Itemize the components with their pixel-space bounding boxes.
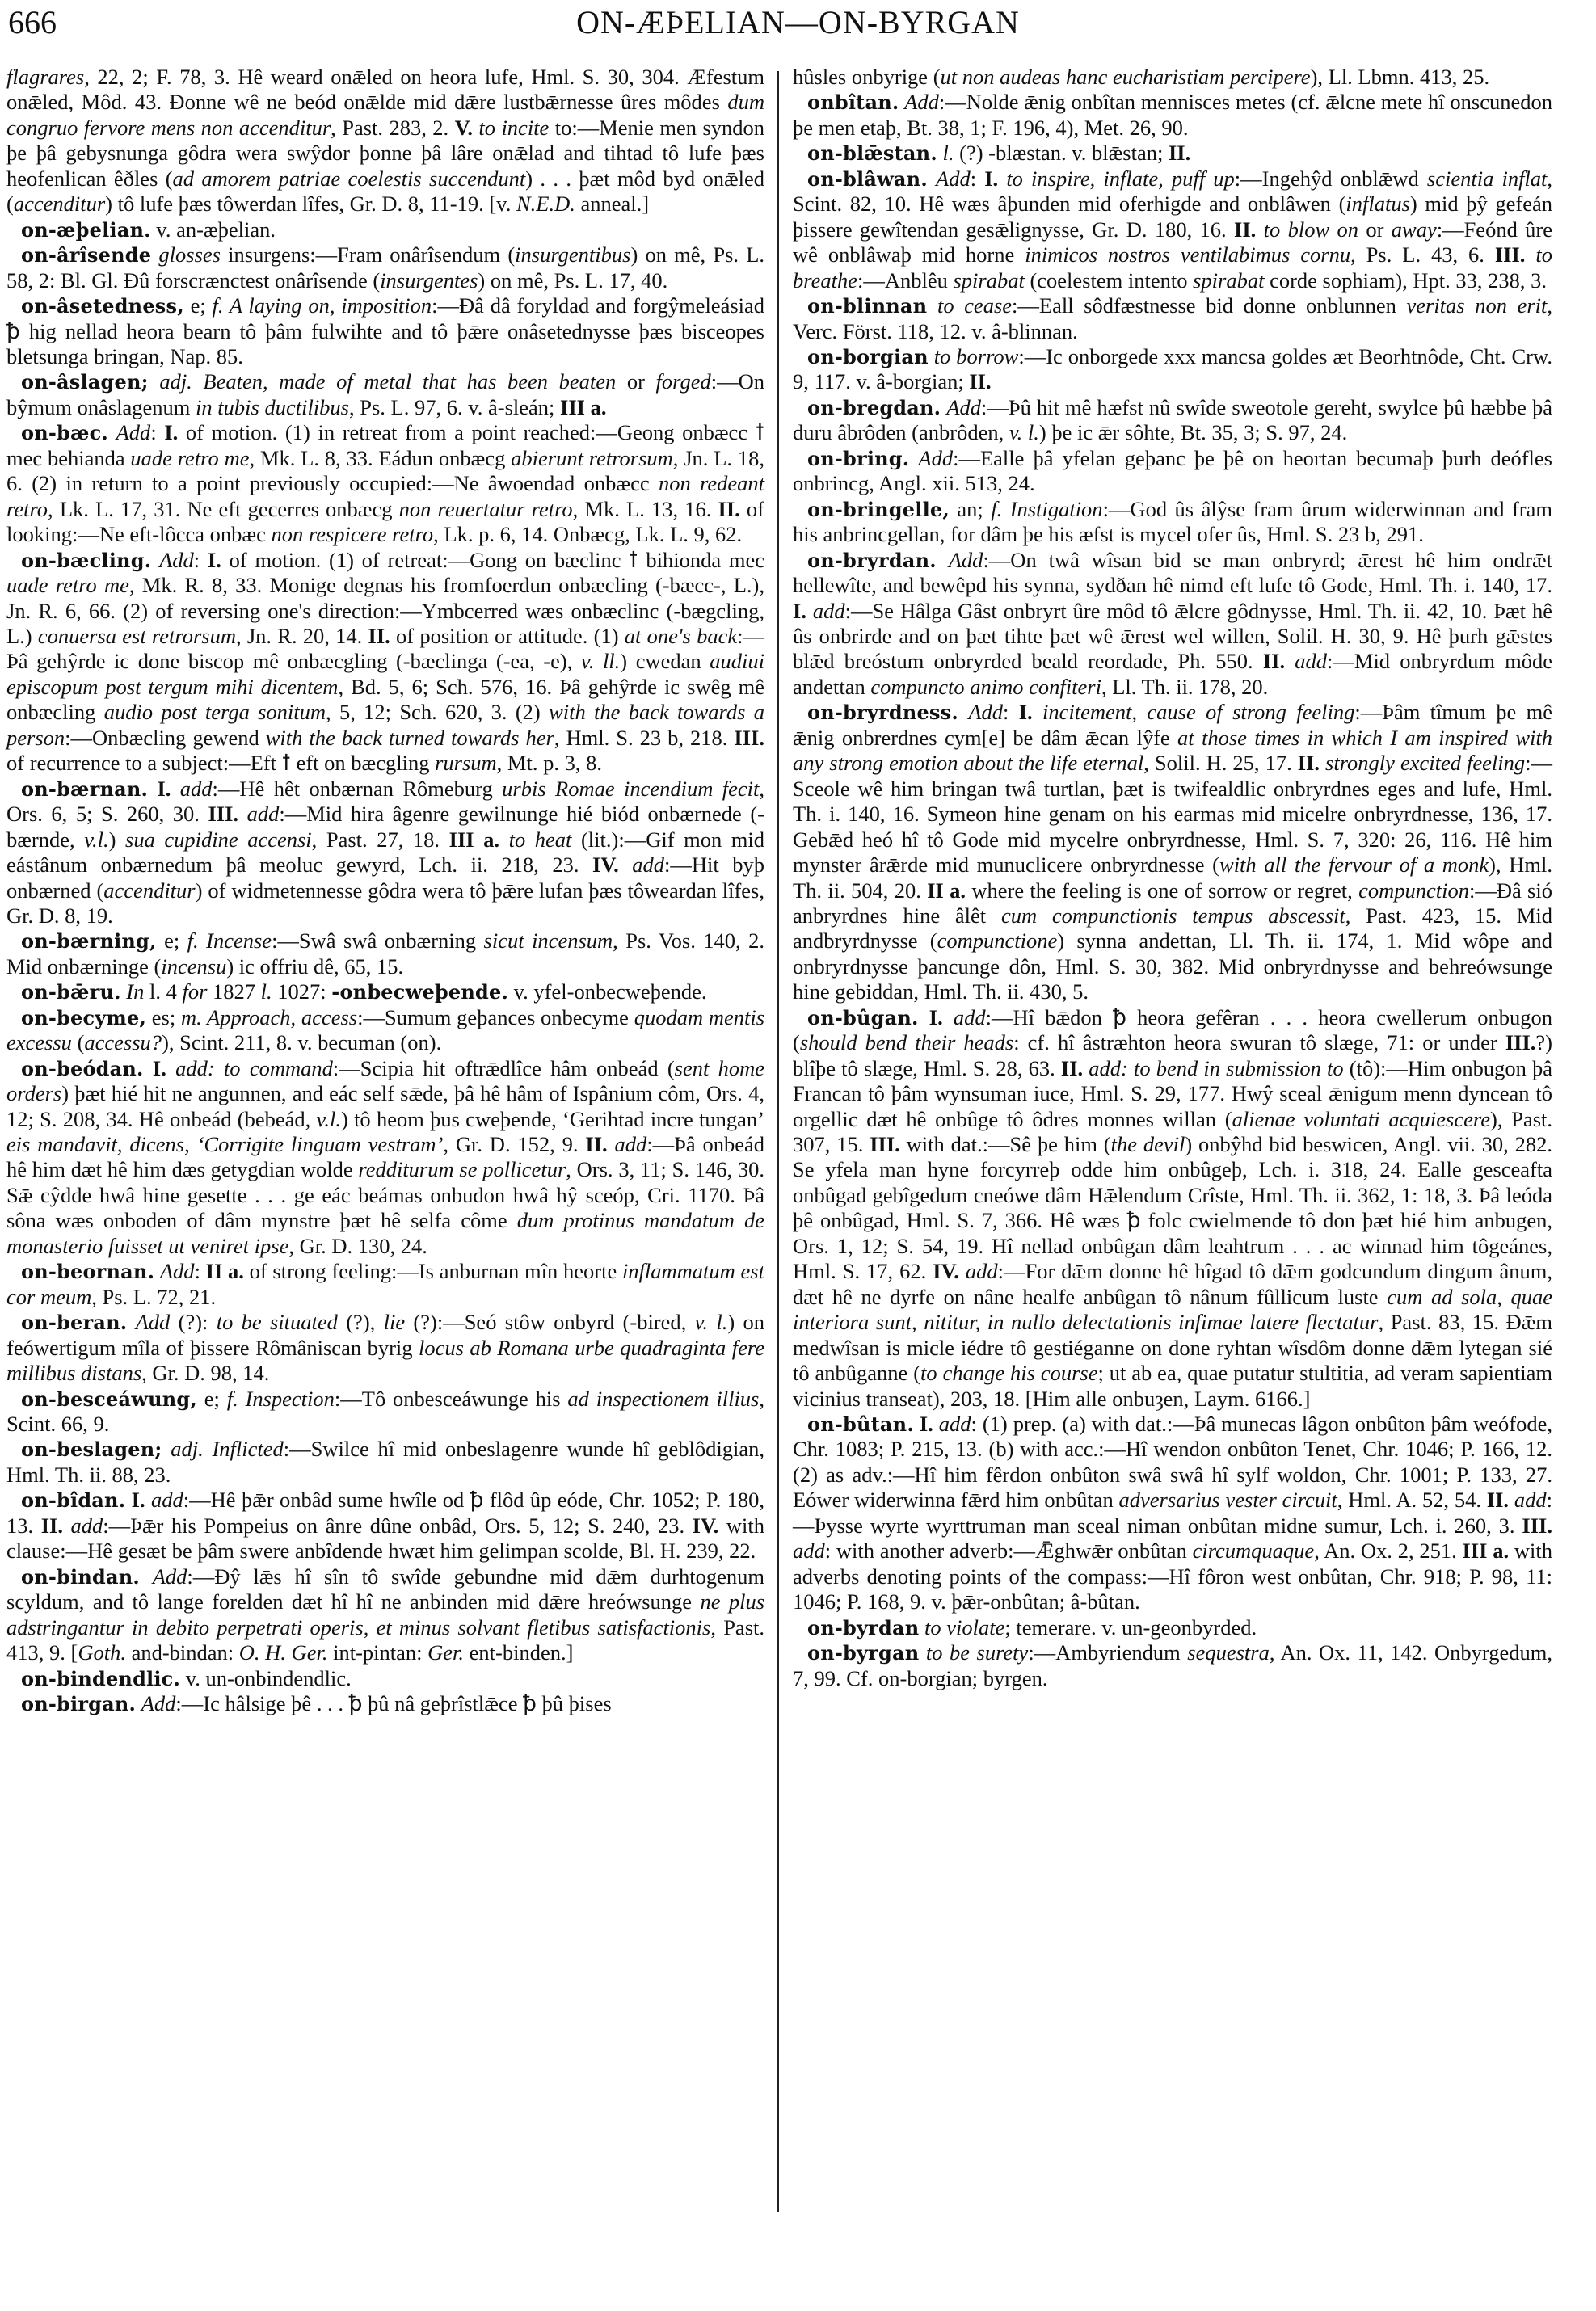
entry-text: for bbox=[182, 979, 207, 1004]
entry-text: III. bbox=[208, 802, 238, 826]
headword: on-bæcling. bbox=[21, 549, 151, 572]
entry-text: e; bbox=[157, 928, 187, 953]
entry-text: sua cupidine accensi bbox=[125, 827, 312, 852]
entry-text: compunctione bbox=[937, 928, 1058, 953]
headword: on-bærning, bbox=[21, 929, 157, 953]
headword: on-borgian bbox=[807, 345, 929, 368]
entry-text: compunction bbox=[1358, 878, 1469, 903]
dictionary-entry: on-bîdan. I. add:—Hê þǣr onbâd sume hwîl… bbox=[6, 1488, 764, 1564]
entry-text: :—Þǣr his Pompeius on ânre dûne onbâd, O… bbox=[103, 1513, 692, 1538]
entry-text: accenditur bbox=[103, 878, 195, 903]
entry-text: add bbox=[954, 1005, 986, 1029]
dictionary-entry: hûsles onbyrige (ut non audeas hanc euch… bbox=[793, 65, 1552, 90]
entry-text: to borrow bbox=[934, 344, 1019, 368]
entry-text: ad inspectionem illius bbox=[567, 1387, 759, 1411]
entry-text: inimicos nostros ventilabimus cornu bbox=[1025, 242, 1350, 267]
entry-text: IV. bbox=[933, 1259, 959, 1283]
headword: on-beódan. bbox=[21, 1057, 144, 1080]
entry-text: , Gr. D. 130, 24. bbox=[288, 1234, 427, 1258]
entry-text: uade retro me bbox=[130, 446, 249, 470]
entry-text: II a. bbox=[206, 1259, 244, 1283]
entry-text: uade retro me bbox=[6, 573, 129, 597]
entry-text: (?):—Seó stôw onbyrd (-bired, bbox=[405, 1310, 695, 1334]
entry-text: compuncto animo confiteri bbox=[870, 675, 1101, 699]
entry-text: add bbox=[939, 1412, 971, 1436]
entry-text bbox=[927, 293, 937, 318]
entry-text: III a. bbox=[1463, 1539, 1510, 1563]
dictionary-entry: on-âsetedness, e; f. A laying on, imposi… bbox=[6, 293, 764, 369]
entry-text: an; bbox=[950, 497, 991, 521]
dictionary-entry: on-beódan. I. add: to command:—Scipia hi… bbox=[6, 1056, 764, 1260]
entry-text: add bbox=[966, 1259, 998, 1283]
entry-text: Add bbox=[159, 548, 194, 572]
entry-text: II. bbox=[368, 624, 390, 648]
entry-text: lie bbox=[384, 1310, 406, 1334]
dictionary-entry: on-beslagen; adj. Inflicted:—Swilce hî m… bbox=[6, 1437, 764, 1488]
entry-text: III. bbox=[1522, 1513, 1552, 1538]
entry-text: II. bbox=[969, 369, 991, 394]
entry-text: adj. Beaten, made of metal that has been… bbox=[159, 369, 616, 394]
entry-text: add bbox=[247, 802, 280, 826]
dictionary-entry: on-blǣstan. l. (?) -blæstan. v. blǣstan;… bbox=[793, 141, 1552, 166]
dictionary-entry: on-byrgan to be surety:—Ambyriendum sequ… bbox=[793, 1640, 1552, 1691]
entry-text: , Solil. H. 25, 17. bbox=[1143, 751, 1298, 775]
headword: on-beran. bbox=[21, 1311, 127, 1334]
entry-text bbox=[148, 777, 157, 801]
entry-text bbox=[136, 1691, 141, 1715]
entry-text bbox=[63, 1513, 71, 1538]
headword: -onbecweþende. bbox=[331, 980, 508, 1004]
entry-text bbox=[928, 166, 936, 191]
entry-text: I. bbox=[929, 1005, 943, 1029]
entry-text: III. bbox=[870, 1132, 900, 1156]
entry-text bbox=[238, 802, 247, 826]
entry-text: Add bbox=[946, 395, 981, 419]
entry-text: spirabat bbox=[1193, 268, 1264, 293]
entry-text bbox=[154, 1259, 160, 1283]
entry-text bbox=[943, 1005, 954, 1029]
entry-text bbox=[937, 548, 949, 572]
entry-text: to heat bbox=[509, 827, 572, 852]
entry-text: , Gr. D. 152, 9. bbox=[443, 1132, 585, 1156]
entry-text: insurgens:—Fram onârîsendum ( bbox=[221, 242, 515, 267]
entry-text: III a. bbox=[560, 395, 606, 419]
entry-text: :—Ambyriendum bbox=[1028, 1640, 1187, 1665]
entry-text: f. Inspection bbox=[227, 1387, 335, 1411]
entry-text: II a. bbox=[927, 878, 966, 903]
entry-text: II. bbox=[1298, 751, 1320, 775]
entry-text: ; temerare. v. un-geonbyrded. bbox=[1004, 1615, 1257, 1640]
headword: on-bærnan. bbox=[21, 777, 148, 801]
entry-text: add bbox=[632, 852, 664, 877]
entry-text: : bbox=[1003, 700, 1019, 724]
entry-text bbox=[919, 1615, 924, 1640]
entry-text bbox=[806, 599, 813, 623]
entry-text: to incite bbox=[478, 116, 549, 140]
entry-text: , Ll. Th. ii. 178, 20. bbox=[1101, 675, 1268, 699]
entry-text: II. bbox=[1487, 1488, 1509, 1512]
entry-text: :—Sumum geþances onbecyme bbox=[357, 1005, 634, 1029]
entry-text: :—Ic hâlsige þê . . . ꝥ þû nâ geþrîstlǣc… bbox=[175, 1691, 611, 1715]
entry-text: ent-binden.] bbox=[464, 1640, 573, 1665]
entry-text: ad amorem patriae coelestis succendunt bbox=[173, 166, 526, 191]
entry-text: I. bbox=[164, 420, 178, 444]
entry-text: I. bbox=[920, 1412, 933, 1436]
entry-text: away bbox=[1392, 217, 1437, 242]
entry-text: V. bbox=[455, 116, 473, 140]
entry-text: (?): bbox=[170, 1310, 216, 1334]
entry-text: conuersa est retrorsum bbox=[38, 624, 236, 648]
entry-text: with the back turned towards her bbox=[266, 726, 554, 750]
entry-text: v. ll. bbox=[581, 649, 620, 673]
entry-text: , Gr. D. 98, 14. bbox=[141, 1361, 269, 1385]
entry-text: IV. bbox=[592, 852, 619, 877]
entry-text: :—Onbæcling gewend bbox=[65, 726, 266, 750]
entry-text: strongly excited feeling bbox=[1325, 751, 1525, 775]
dictionary-entry: on-bindan. Add:—Đŷ lǣs hî sîn tô swîde g… bbox=[6, 1564, 764, 1666]
entry-text: II. bbox=[1234, 217, 1256, 242]
entry-text: anneal.] bbox=[575, 192, 649, 216]
entry-text: ), Ll. Lbmn. 413, 25. bbox=[1311, 65, 1490, 89]
headword: on-blinnan bbox=[807, 294, 927, 318]
entry-text: f. A laying on, imposition bbox=[213, 293, 432, 318]
entry-text: : bbox=[150, 420, 164, 444]
entry-text: Add bbox=[936, 166, 971, 191]
entry-text: to blow on bbox=[1264, 217, 1358, 242]
dictionary-entry: on-ârîsende glosses insurgens:—Fram onâr… bbox=[6, 242, 764, 293]
entry-text: of motion. (1) of retreat:—Gong on bæcli… bbox=[221, 548, 764, 572]
entry-text bbox=[1320, 751, 1325, 775]
entry-text: to cease bbox=[937, 293, 1012, 318]
entry-text bbox=[933, 1412, 939, 1436]
entry-text: forged bbox=[656, 369, 711, 394]
entry-text bbox=[1509, 1488, 1514, 1512]
entry-text bbox=[998, 166, 1006, 191]
headword: on-âslagen; bbox=[21, 370, 149, 394]
entry-text: v.l. bbox=[84, 827, 108, 852]
entry-text bbox=[1285, 649, 1295, 673]
entry-text bbox=[1256, 217, 1263, 242]
entry-text: , An. Ox. 2, 251. bbox=[1314, 1539, 1462, 1563]
entry-text: glosses bbox=[158, 242, 221, 267]
entry-text bbox=[608, 1132, 615, 1156]
entry-text: f. Instigation bbox=[991, 497, 1102, 521]
entry-text: adj. Inflicted bbox=[171, 1437, 284, 1461]
entry-text: add bbox=[1295, 649, 1327, 673]
entry-text: add bbox=[151, 1488, 183, 1512]
entry-text: I. bbox=[984, 166, 998, 191]
entry-text: sicut incensum bbox=[484, 928, 613, 953]
column-divider bbox=[777, 71, 779, 2212]
entry-text: I. bbox=[793, 599, 806, 623]
entry-text: N.E.D. bbox=[516, 192, 575, 216]
entry-text: : bbox=[194, 548, 208, 572]
entry-text: non reuertatur retro bbox=[399, 497, 573, 521]
entry-text: flagrares bbox=[6, 65, 84, 89]
entry-text: :—Ingehŷd onblǣwd bbox=[1235, 166, 1427, 191]
dictionary-entry: on-borgian to borrow:—Ic onborgede xxx m… bbox=[793, 344, 1552, 395]
headword: on-bæc. bbox=[21, 421, 108, 444]
entry-text: v. an-æþelian. bbox=[151, 217, 276, 242]
entry-text: 1827 bbox=[207, 979, 260, 1004]
entry-text: insurgentibus bbox=[515, 242, 630, 267]
entry-text bbox=[127, 1310, 135, 1334]
entry-text: Add bbox=[153, 1564, 187, 1589]
entry-text: urbis Romae incendium fecit bbox=[502, 777, 759, 801]
entry-text: Add bbox=[904, 90, 939, 114]
entry-text: III. bbox=[1495, 242, 1526, 267]
entry-text bbox=[619, 852, 633, 877]
entry-text: :—Anblêu bbox=[857, 268, 954, 293]
entry-text: III a. bbox=[449, 827, 499, 852]
entry-text: v. un-onbindendlic. bbox=[180, 1666, 352, 1690]
entry-text: scientia inflat bbox=[1427, 166, 1548, 191]
entry-text: e; bbox=[197, 1387, 227, 1411]
entry-text: Add bbox=[949, 548, 983, 572]
dictionary-entry: on-blinnan to cease:—Eall sôdfæstnesse b… bbox=[793, 293, 1552, 344]
entry-text: , Mk. L. 8, 33. Eádun onbæcg bbox=[249, 446, 511, 470]
entry-text bbox=[144, 1056, 153, 1080]
headword: on-blâwan. bbox=[807, 167, 928, 191]
entry-text: : with another adverb:—Ǣghwǣr onbûtan bbox=[825, 1539, 1193, 1563]
entry-text: : cf. hî âstræhton heora swuran tô slæge… bbox=[1013, 1030, 1505, 1054]
entry-text: , Hml. S. 23 b, 218. bbox=[554, 726, 735, 750]
right-column: hûsles onbyrige (ut non audeas hanc euch… bbox=[793, 65, 1552, 1691]
entry-text: v.l. bbox=[317, 1107, 341, 1131]
dictionary-entry: on-beornan. Add: II a. of strong feeling… bbox=[6, 1259, 764, 1310]
entry-text: I. bbox=[153, 1056, 166, 1080]
entry-text bbox=[958, 700, 968, 724]
entry-text: accenditur bbox=[14, 192, 105, 216]
dictionary-entry: on-bregdan. Add:—Þû hit mê hæfst nû swîd… bbox=[793, 395, 1552, 446]
dictionary-entry: on-bringelle, an; f. Instigation:—God ûs… bbox=[793, 497, 1552, 548]
headword: on-bûtan. bbox=[807, 1412, 914, 1436]
entry-text: , Past. 27, 18. bbox=[312, 827, 449, 852]
entry-text: , Past. 283, 2. bbox=[331, 116, 454, 140]
running-title: ON-ÆÞELIAN—ON-BYRGAN bbox=[0, 3, 1596, 41]
headword: on-bryrdness. bbox=[807, 701, 958, 724]
entry-text: abierunt retrorsum bbox=[511, 446, 673, 470]
dictionary-entry: on-beran. Add (?): to be situated (?), l… bbox=[6, 1310, 764, 1386]
entry-text: II. bbox=[1263, 649, 1285, 673]
headword: on-bîdan. bbox=[21, 1488, 125, 1512]
entry-text: , Ps. L. 72, 21. bbox=[91, 1285, 216, 1309]
entry-text: f. Incense bbox=[187, 928, 272, 953]
entry-text: : bbox=[195, 1259, 206, 1283]
entry-text: II. bbox=[718, 497, 740, 521]
entry-text: incitement, cause of strong feeling bbox=[1042, 700, 1354, 724]
entry-text: spirabat bbox=[953, 268, 1024, 293]
entry-text: ), Scint. 211, 8. v. becuman (on). bbox=[162, 1030, 441, 1054]
left-column: flagrares, 22, 2; F. 78, 3. Hê weard onǣ… bbox=[6, 65, 764, 1716]
entry-text: , Hml. A. 52, 54. bbox=[1337, 1488, 1487, 1512]
entry-text: of strong feeling:—Is anburnan mîn heort… bbox=[244, 1259, 622, 1283]
entry-text: Ger. bbox=[427, 1640, 464, 1665]
entry-text: of recurrence to a subject:—Eft ꝉ eft on… bbox=[6, 751, 435, 775]
dictionary-entry: on-becyme, es; m. Approach, access:—Sumu… bbox=[6, 1005, 764, 1056]
entry-text: , Mt. p. 3, 8. bbox=[497, 751, 602, 775]
dictionary-entry: on-bindendlic. v. un-onbindendlic. bbox=[6, 1666, 764, 1691]
entry-text: ) cwedan bbox=[620, 649, 710, 673]
dictionary-entry: on-birgan. Add:—Ic hâlsige þê . . . ꝥ þû… bbox=[6, 1691, 764, 1716]
entry-text: :—Swâ swâ onbærning bbox=[272, 928, 483, 953]
entry-text: in tubis ductilibus bbox=[196, 395, 349, 419]
entry-text: m. Approach, access bbox=[181, 1005, 357, 1029]
dictionary-entry: on-besceáwung, e; f. Inspection:—Tô onbe… bbox=[6, 1387, 764, 1438]
entry-text: add bbox=[813, 599, 845, 623]
entry-text: Add bbox=[116, 420, 151, 444]
entry-text: ) tô heom þus cweþende, ‘Gerihtad incre … bbox=[341, 1107, 764, 1131]
entry-text: ) bbox=[109, 827, 125, 852]
entry-text bbox=[959, 1259, 966, 1283]
dictionary-entry: on-bærnan. I. add:—Hê hêt onbærnan Rômeb… bbox=[6, 777, 764, 929]
entry-text: , 22, 2; F. 78, 3. Hê weard onǣled on he… bbox=[6, 65, 764, 114]
headword: on-bindan. bbox=[21, 1565, 140, 1589]
dictionary-entry: on-bûgan. I. add:—Hî bǣdon ꝥ heora gefêr… bbox=[793, 1005, 1552, 1412]
entry-text: to change his course bbox=[920, 1361, 1097, 1385]
entry-text: add bbox=[615, 1132, 647, 1156]
entry-text: :—Hê hêt onbærnan Rômeburg bbox=[213, 777, 503, 801]
entry-text: redditurum se pollicetur bbox=[358, 1157, 566, 1181]
entry-text: veritas non erit bbox=[1406, 293, 1547, 318]
dictionary-entry: on-bryrdness. Add: I. incitement, cause … bbox=[793, 700, 1552, 1004]
headword: on-bregdan. bbox=[807, 396, 941, 419]
entry-text: Add bbox=[160, 1259, 195, 1283]
entry-text: II. bbox=[585, 1132, 607, 1156]
entry-text: add bbox=[180, 777, 213, 801]
entry-text: III. bbox=[1505, 1030, 1536, 1054]
entry-text: es; bbox=[146, 1005, 181, 1029]
entry-text: I. bbox=[157, 777, 171, 801]
entry-text bbox=[1525, 242, 1535, 267]
entry-text: or bbox=[616, 369, 655, 394]
headword: on-æþelian. bbox=[21, 218, 151, 242]
entry-text: :—Scipia hit oftrǣdlîce hâm onbeád ( bbox=[333, 1056, 675, 1080]
dictionary-entry: on-bryrdan. Add:—On twâ wîsan bid se man… bbox=[793, 548, 1552, 701]
entry-text: add bbox=[1514, 1488, 1547, 1512]
headword: on-ârîsende bbox=[21, 243, 151, 267]
entry-text: ) on mê, Ps. L. 17, 40. bbox=[478, 268, 667, 293]
entry-text: :—Tô onbesceáwunge his bbox=[335, 1387, 567, 1411]
entry-text: Goth. bbox=[78, 1640, 126, 1665]
dictionary-entry: on-bærning, e; f. Incense:—Swâ swâ onbær… bbox=[6, 928, 764, 979]
entry-text: I. bbox=[132, 1488, 145, 1512]
entry-text: int-pintan: bbox=[327, 1640, 427, 1665]
dictionary-entry: on-bring. Add:—Ealle þâ yfelan geþanc þe… bbox=[793, 446, 1552, 497]
entry-text: IV. bbox=[693, 1513, 719, 1538]
entry-text: O. H. Ger. bbox=[239, 1640, 328, 1665]
dictionary-entry: on-bǣru. In l. 4 for 1827 l. 1027: -onbe… bbox=[6, 979, 764, 1004]
entry-text: : bbox=[971, 166, 985, 191]
entry-text: Add bbox=[141, 1691, 176, 1715]
entry-text: (?), bbox=[338, 1310, 384, 1334]
entry-text: , Ps. L. 97, 6. v. â-sleán; bbox=[349, 395, 560, 419]
headword: on-byrdan bbox=[807, 1616, 919, 1640]
entry-text: the devil bbox=[1111, 1132, 1185, 1156]
entry-text: or bbox=[1358, 217, 1392, 242]
dictionary-entry: on-bæc. Add: I. of motion. (1) in retrea… bbox=[6, 420, 764, 547]
headword: on-beornan. bbox=[21, 1260, 154, 1283]
entry-text: Add bbox=[136, 1310, 171, 1334]
entry-text: , Mk. L. 13, 16. bbox=[573, 497, 718, 521]
dictionary-entry: onbîtan. Add:—Nolde ǣnig onbîtan mennisc… bbox=[793, 90, 1552, 141]
entry-text: , Lk. L. 17, 31. Ne eft gecerres onbæcg bbox=[48, 497, 399, 521]
entry-text: add: to command bbox=[175, 1056, 333, 1080]
entry-text bbox=[919, 1005, 929, 1029]
headword: on-beslagen; bbox=[21, 1438, 162, 1461]
entry-text: I. bbox=[208, 548, 221, 572]
entry-text: corde sophiam), Hpt. 33, 238, 3. bbox=[1264, 268, 1547, 293]
entry-text: v. l. bbox=[1009, 420, 1039, 444]
headword: on-byrgan bbox=[807, 1641, 919, 1665]
entry-text: II. bbox=[1061, 1056, 1083, 1080]
entry-text: insurgentes bbox=[380, 268, 478, 293]
dictionary-entry: on-blâwan. Add: I. to inspire, inflate, … bbox=[793, 166, 1552, 293]
entry-text bbox=[1033, 700, 1042, 724]
dictionary-entry: on-bæcling. Add: I. of motion. (1) of re… bbox=[6, 548, 764, 777]
entry-text: , Lk. p. 6, 14. Onbæcg, Lk. L. 9, 62. bbox=[433, 522, 742, 546]
headword: on-bûgan. bbox=[807, 1006, 919, 1029]
entry-text: l. bbox=[261, 979, 272, 1004]
entry-text: e; bbox=[184, 293, 213, 318]
entry-text: , 5, 12; Sch. 620, 3. (2) bbox=[326, 700, 549, 724]
entry-text: l. bbox=[943, 141, 954, 165]
entry-text: circumquaque bbox=[1193, 1539, 1315, 1563]
entry-text: ) tô lufe þæs tôwerdan lîfes, Gr. D. 8, … bbox=[105, 192, 516, 216]
entry-text: (coelestem intento bbox=[1025, 268, 1193, 293]
headword: on-birgan. bbox=[21, 1692, 136, 1715]
entry-text: rursum bbox=[435, 751, 497, 775]
entry-text: Add bbox=[918, 446, 953, 470]
headword: onbîtan. bbox=[807, 91, 899, 114]
entry-text: 1027: bbox=[272, 979, 332, 1004]
entry-text: eis mandavit, dicens, ‘Corrigite linguam… bbox=[6, 1132, 443, 1156]
entry-text: , Jn. R. 20, 14. bbox=[236, 624, 368, 648]
dictionary-entry: flagrares, 22, 2; F. 78, 3. Hê weard onǣ… bbox=[6, 65, 764, 217]
entry-text: In bbox=[126, 979, 144, 1004]
entry-text: and-bindan: bbox=[126, 1640, 239, 1665]
entry-text: ( bbox=[72, 1030, 84, 1054]
headword: on-besceáwung, bbox=[21, 1387, 197, 1411]
entry-text: add bbox=[793, 1539, 825, 1563]
entry-text: to inspire, inflate, puff up bbox=[1006, 166, 1234, 191]
entry-text bbox=[166, 1056, 175, 1080]
entry-text bbox=[149, 369, 160, 394]
entry-text: II. bbox=[1169, 141, 1190, 165]
entry-text: should bend their heads bbox=[800, 1030, 1013, 1054]
headword: on-bryrdan. bbox=[807, 549, 937, 572]
headword: on-bǣru. bbox=[21, 980, 121, 1004]
headword: on-becyme, bbox=[21, 1006, 146, 1029]
entry-text: inflatus bbox=[1345, 192, 1410, 216]
entry-text bbox=[151, 548, 159, 572]
entry-text bbox=[937, 141, 943, 165]
entry-text: where the feeling is one of sorrow or re… bbox=[966, 878, 1358, 903]
entry-text: cum compunctionis tempus abscessit bbox=[1001, 903, 1345, 928]
entry-text: with all the fervour of a monk bbox=[1219, 852, 1489, 877]
entry-text: Add bbox=[968, 700, 1003, 724]
dictionary-entry: on-æþelian. v. an-æþelian. bbox=[6, 217, 764, 242]
entry-text: with dat.:—Sê þe him ( bbox=[900, 1132, 1111, 1156]
entry-text: add: to bend in submission to bbox=[1089, 1056, 1343, 1080]
headword: on-âsetedness, bbox=[21, 294, 184, 318]
entry-text: to violate bbox=[924, 1615, 1004, 1640]
entry-text: I. bbox=[1019, 700, 1033, 724]
dictionary-entry: on-âslagen; adj. Beaten, made of metal t… bbox=[6, 369, 764, 420]
entry-text bbox=[162, 1437, 171, 1461]
headword: on-bindendlic. bbox=[21, 1667, 180, 1690]
entry-text bbox=[145, 1488, 151, 1512]
